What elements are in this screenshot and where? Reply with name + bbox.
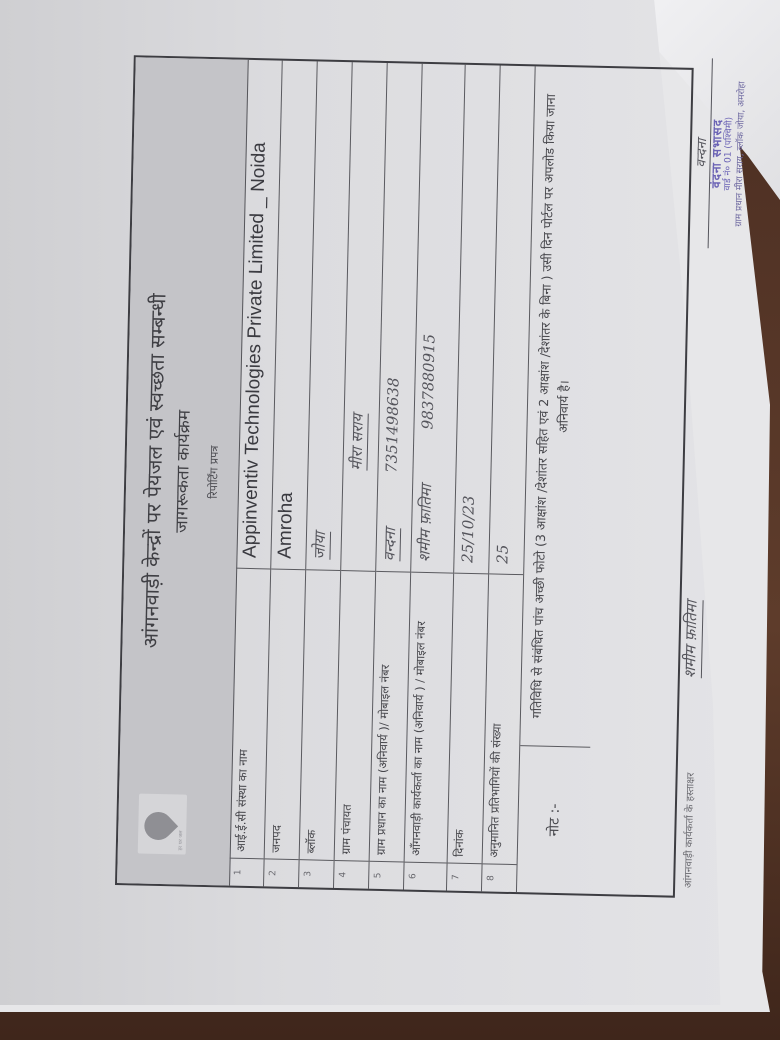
handwritten-participants: 25 bbox=[493, 544, 511, 563]
row-number: 1 bbox=[229, 858, 264, 887]
handwritten-worker-phone: 9837880915 bbox=[418, 334, 438, 430]
handwritten-date: 25/10/23 bbox=[458, 495, 478, 563]
row-number: 7 bbox=[447, 863, 482, 892]
row-label: ब्लॉक bbox=[300, 569, 341, 860]
handwritten-pradhan-name: वन्दना bbox=[380, 528, 401, 562]
row-number: 8 bbox=[482, 863, 517, 892]
row-label: आई.ई.सी संस्था का नाम bbox=[230, 568, 271, 859]
signature-label: आंगनवाड़ी कार्यकर्ता के हस्ताक्षर bbox=[680, 772, 697, 888]
note-text: गतिविधि से संबंधित पांच अच्छी फोटो (3 आक… bbox=[520, 66, 605, 746]
row-label: अनुमानित प्रतिभागियों की संख्या bbox=[483, 573, 524, 864]
row-label: आँगनवाड़ी कार्यकर्ता का नाम (अनिवार्य ) … bbox=[405, 572, 454, 863]
row-number: 3 bbox=[299, 859, 334, 888]
handwritten-signature: शमीम फ़ातिमा bbox=[680, 600, 704, 678]
form-rows: 1 आई.ई.सी संस्था का नाम Appinventiv Tech… bbox=[229, 60, 606, 894]
handwritten-gram-panchayat: मीरा सराय bbox=[347, 414, 368, 471]
row-number: 2 bbox=[264, 858, 299, 887]
form-subtitle: रिपोर्टिंग प्रपत्र bbox=[197, 59, 231, 885]
row-number: 5 bbox=[369, 861, 404, 890]
row-label: जनपद bbox=[265, 568, 306, 859]
row-label: ग्राम प्रधान का नाम (अनिवार्य )/ मोबाइल … bbox=[370, 571, 411, 862]
reporting-form-document: हर घर जल आंगनवाड़ी केन्द्रों पर पेयजल एव… bbox=[115, 55, 714, 898]
row-label: ग्राम पंचायत bbox=[335, 570, 376, 861]
handwritten-pradhan-phone: 7351498638 bbox=[382, 377, 402, 473]
row-number: 4 bbox=[334, 860, 369, 889]
row-number: 6 bbox=[404, 862, 447, 891]
form-header: हर घर जल आंगनवाड़ी केन्द्रों पर पेयजल एव… bbox=[117, 57, 249, 885]
handwritten-block: जोया bbox=[310, 532, 331, 560]
form-table: हर घर जल आंगनवाड़ी केन्द्रों पर पेयजल एव… bbox=[115, 55, 694, 897]
handwritten-worker-name: शमीम फ़ातिमा bbox=[415, 484, 435, 562]
pradhan-stamp: वन्दना वंदना सभासद वार्ड नं० 01 (पश्चिमी… bbox=[695, 58, 749, 249]
note-label: नोट :- bbox=[517, 745, 590, 894]
row-label: दिनांक bbox=[448, 573, 489, 864]
